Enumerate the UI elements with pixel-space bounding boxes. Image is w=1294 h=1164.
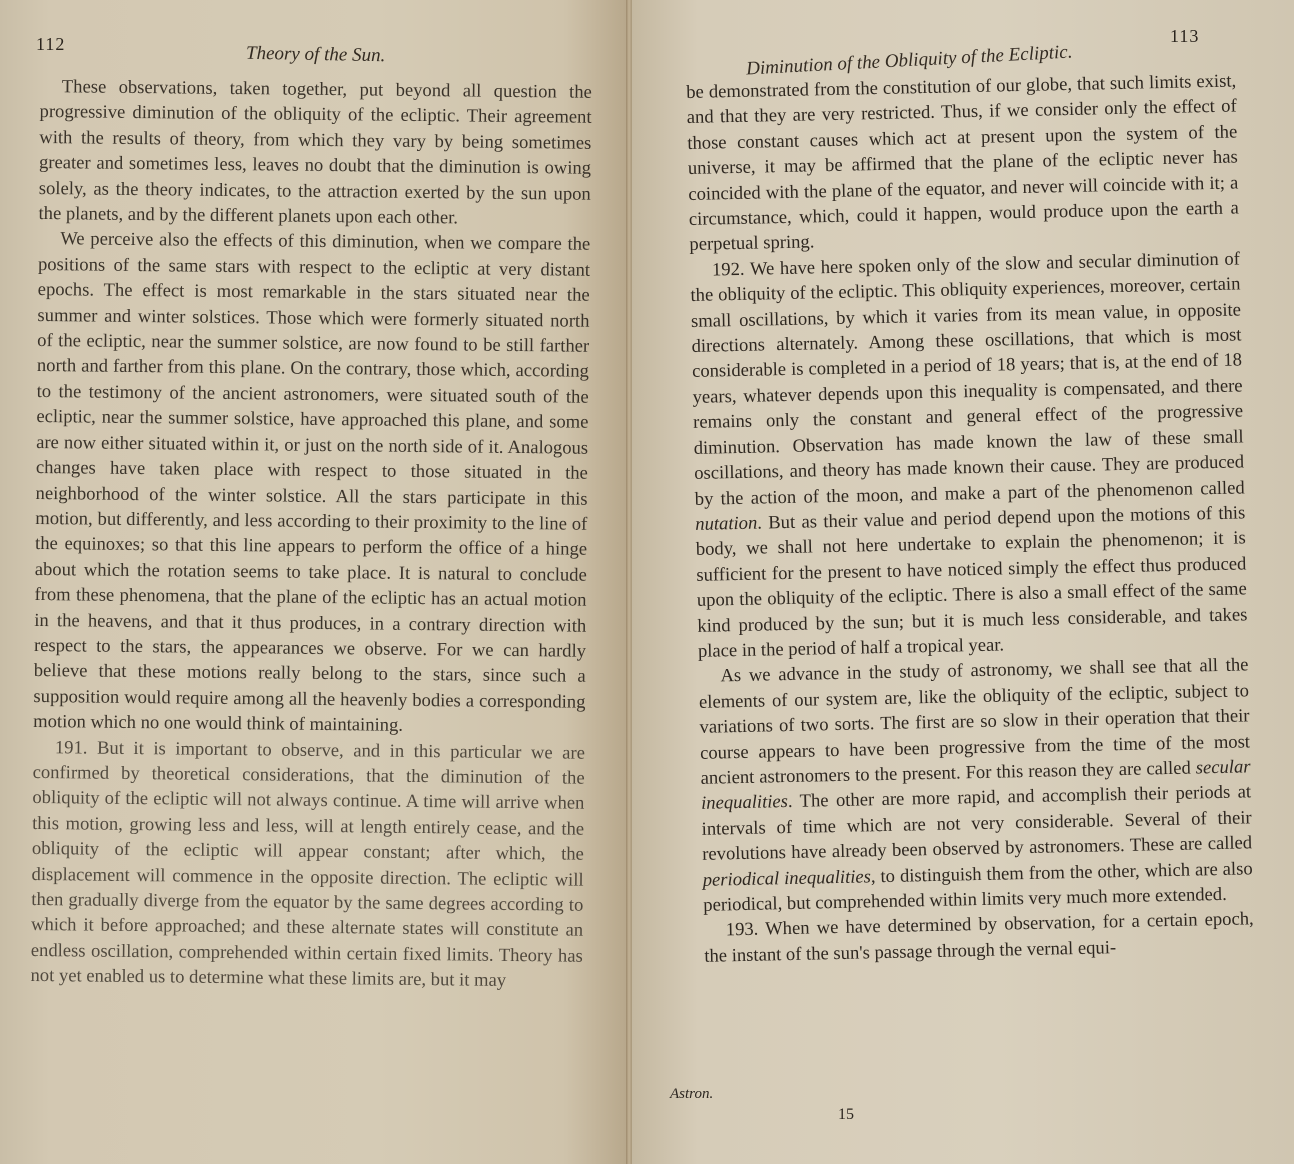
paragraph-section-191: 191. But it is important to observe, and… [30, 735, 585, 995]
running-head: Theory of the Sun. [246, 43, 386, 67]
left-page: 112 Theory of the Sun. These observation… [0, 0, 626, 1164]
page-number: 112 [36, 34, 65, 55]
paragraph: As we advance in the study of astronomy,… [698, 653, 1253, 919]
italic-term: nutation [695, 513, 757, 535]
signature-mark: 15 [838, 1106, 854, 1124]
catchword: Astron. [670, 1086, 713, 1103]
right-page: Diminution of the Obliquity of the Eclip… [632, 0, 1294, 1164]
left-text-block: These observations, taken together, put … [30, 74, 592, 994]
paragraph-continued: be demonstrated from the constitution of… [686, 68, 1240, 257]
paragraph-section-192: 192. We have here spoken only of the slo… [690, 246, 1248, 664]
paragraph: We perceive also the effects of this dim… [33, 226, 590, 740]
italic-term: periodical inequalities [703, 866, 872, 891]
page-number: 113 [1170, 26, 1199, 47]
paragraph-section-193: 193. When we have determined by observat… [704, 907, 1255, 969]
right-text-block: be demonstrated from the constitution of… [686, 68, 1255, 969]
book-spread: 112 Theory of the Sun. These observation… [0, 0, 1294, 1164]
paragraph: These observations, taken together, put … [38, 74, 592, 232]
